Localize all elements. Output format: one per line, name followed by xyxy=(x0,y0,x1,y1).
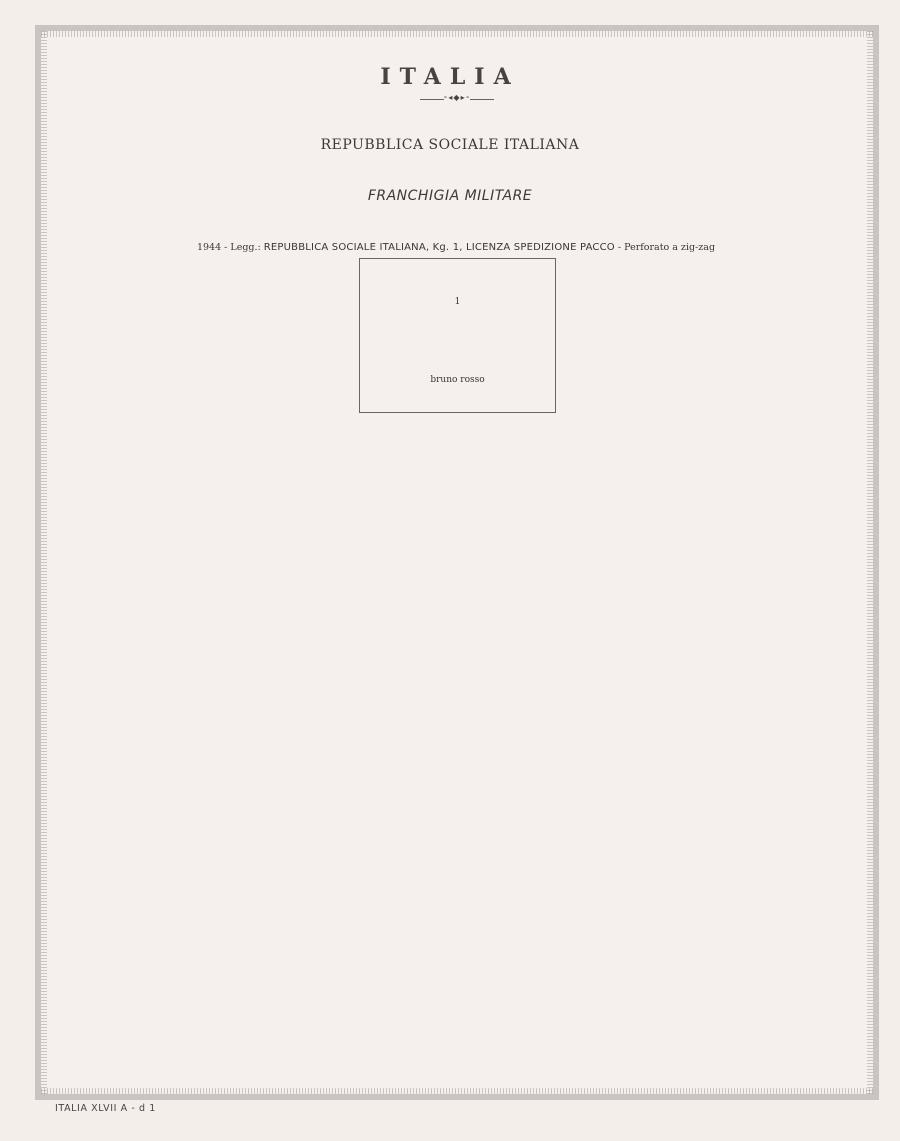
issue-year: 1944 xyxy=(197,242,221,253)
issue-legend-prefix: - Legg.: xyxy=(221,242,264,253)
page-footer-code: ITALIA XLVII A - d 1 xyxy=(55,1103,156,1114)
page-title: ITALIA xyxy=(0,64,900,90)
stamp-color: bruno rosso xyxy=(360,375,555,385)
ornament-glyph: ⁃◂◆▸⁃ xyxy=(420,93,494,102)
page-subtitle: REPUBBLICA SOCIALE ITALIANA xyxy=(0,137,900,153)
stamp-number: 1 xyxy=(360,297,555,307)
page-border-frame xyxy=(35,25,879,1100)
ornament-line-right xyxy=(470,99,494,100)
stamp-slot: 1 bruno rosso xyxy=(359,258,556,413)
issue-legend-suffix: - Perforato a zig-zag xyxy=(615,242,715,253)
section-heading: FRANCHIGIA MILITARE xyxy=(0,188,900,204)
title-ornament-divider: ⁃◂◆▸⁃ xyxy=(420,97,494,103)
issue-legend: 1944 - Legg.: REPUBBLICA SOCIALE ITALIAN… xyxy=(0,242,900,253)
issue-legend-text: REPUBBLICA SOCIALE ITALIANA, Kg. 1, LICE… xyxy=(264,242,615,253)
